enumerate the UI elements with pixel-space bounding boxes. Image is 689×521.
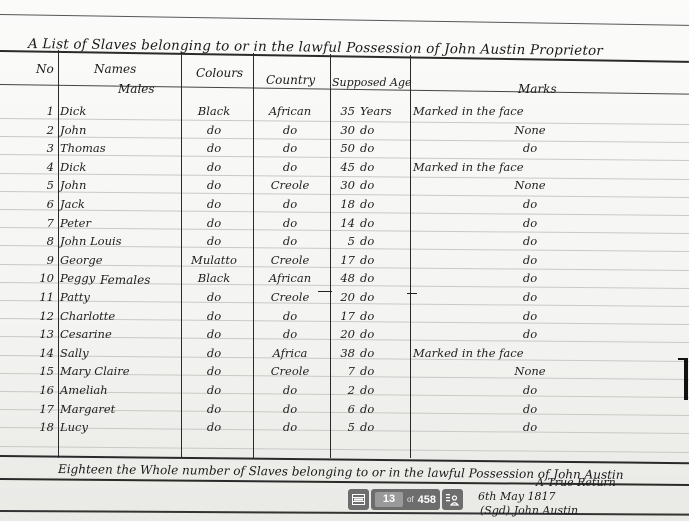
row-country: Africa [255,346,325,360]
row-age-unit: do [360,197,374,211]
row-age-unit: do [360,383,374,397]
table-row: 14SallydoAfrica38doMarked in the face [0,346,689,364]
row-colour: do [190,402,238,416]
row-number: 5 [34,178,54,192]
signature-name: (Sgd) John Austin [480,504,578,517]
row-name: John [60,123,86,137]
table-row: 1DickBlackAfrican35YearsMarked in the fa… [0,104,689,122]
row-age: 5 [333,420,355,434]
row-colour: do [190,234,238,248]
header-names: Names [94,62,136,76]
row-age-unit: do [360,123,374,137]
filmstrip-button[interactable] [348,489,369,510]
row-number: 11 [34,290,54,304]
row-marks: do [500,383,560,397]
row-age: 14 [333,216,355,230]
row-colour: do [190,216,238,230]
row-marks: do [500,327,560,341]
row-marks: None [500,364,560,378]
row-name: Sally [60,346,89,360]
filmstrip-icon [352,494,365,505]
row-age-unit: do [360,141,374,155]
row-marks: Marked in the face [413,104,524,118]
row-age-unit: do [360,216,374,230]
page-navigation-toolbar: 13 of 458 [348,489,463,510]
table-row: 3Thomasdodo50dodo [0,141,689,159]
row-country: do [255,160,325,174]
person-list-icon [446,493,459,506]
row-name: Margaret [60,402,115,416]
margin-tick [318,291,332,292]
row-marks: do [500,197,560,211]
row-name: Jack [60,197,85,211]
header-no: No [36,62,54,76]
row-colour: do [190,364,238,378]
row-colour: Black [190,104,238,118]
row-number: 7 [34,216,54,230]
header-country: Country [266,73,315,87]
row-colour: do [190,197,238,211]
row-number: 14 [34,346,54,360]
row-marks: Marked in the face [413,160,524,174]
row-marks: do [500,420,560,434]
page-indicator: 13 of 458 [371,489,440,510]
row-age: 5 [333,234,355,248]
edge-bracket [684,358,688,400]
row-name: Cesarine [60,327,112,341]
row-name: Dick [60,160,86,174]
row-name: George [60,253,103,267]
row-age-unit: do [360,327,374,341]
row-country: do [255,197,325,211]
row-marks: do [500,141,560,155]
row-age-unit: do [360,364,374,378]
row-name: Lucy [60,420,88,434]
table-row: 17Margaretdodo6dodo [0,402,689,420]
row-age: 35 [333,104,355,118]
row-name: Peggy [60,271,95,285]
row-name: Dick [60,104,86,118]
row-colour: do [190,123,238,137]
row-country: do [255,234,325,248]
document-page: A List of Slaves belonging to or in the … [0,0,689,521]
row-colour: do [190,420,238,434]
row-country: do [255,420,325,434]
row-marks: None [500,178,560,192]
row-age-unit: do [360,402,374,416]
row-colour: Black [190,271,238,285]
row-marks: Marked in the face [413,346,524,360]
record-info-button[interactable] [442,489,463,510]
table-row: 11PattydoCreole20dodo [0,290,689,308]
header-age: Supposed Age [332,76,412,89]
row-age: 18 [333,197,355,211]
row-name: Charlotte [60,309,115,323]
row-age: 45 [333,160,355,174]
table-row: 13Cesarinedodo20dodo [0,327,689,345]
row-number: 4 [34,160,54,174]
row-country: do [255,383,325,397]
row-country: Creole [255,178,325,192]
row-name: Thomas [60,141,106,155]
row-colour: do [190,327,238,341]
row-number: 18 [34,420,54,434]
table-row: 16Ameliahdodo2dodo [0,383,689,401]
row-age-unit: do [360,160,374,174]
row-marks: do [500,309,560,323]
row-number: 10 [34,271,54,285]
page-of-label: of [407,495,414,504]
row-age: 20 [333,327,355,341]
row-marks: do [500,402,560,416]
row-colour: do [190,141,238,155]
table-row: 12Charlottedodo17dodo [0,309,689,327]
row-number: 12 [34,309,54,323]
row-age-unit: do [360,253,374,267]
margin-tick [407,293,417,294]
signature-date: 6th May 1817 [478,490,556,503]
row-name: John [60,178,86,192]
section-males-label: Males [118,82,155,96]
row-age: 48 [333,271,355,285]
row-colour: do [190,178,238,192]
row-age: 17 [333,253,355,267]
table-row: 8John Louisdodo5dodo [0,234,689,252]
row-number: 1 [34,104,54,118]
section-females-label: Females [100,273,150,287]
table-row: 2Johndodo30doNone [0,123,689,141]
row-number: 6 [34,197,54,211]
row-age: 2 [333,383,355,397]
row-marks: do [500,216,560,230]
row-marks: None [500,123,560,137]
page-number-input[interactable]: 13 [375,492,403,507]
row-age: 50 [333,141,355,155]
page-total: 458 [418,494,436,506]
row-number: 13 [34,327,54,341]
header-marks: Marks [518,82,557,96]
row-colour: do [190,309,238,323]
row-age-unit: do [360,309,374,323]
row-age-unit: do [360,178,374,192]
table-row: 18Lucydodo5dodo [0,420,689,438]
row-age: 30 [333,178,355,192]
row-marks: do [500,253,560,267]
table-row: 15Mary ClairedoCreole7doNone [0,364,689,382]
row-country: do [255,123,325,137]
row-number: 15 [34,364,54,378]
header-colours: Colours [196,66,243,80]
table-row: 6Jackdodo18dodo [0,197,689,215]
table-row: 5JohndoCreole30doNone [0,178,689,196]
row-number: 3 [34,141,54,155]
row-number: 2 [34,123,54,137]
row-country: Creole [255,253,325,267]
row-colour: do [190,346,238,360]
row-number: 8 [34,234,54,248]
row-name: Mary Claire [60,364,130,378]
signature-return: A True Return [536,476,616,489]
row-age-unit: Years [360,104,392,118]
row-country: do [255,327,325,341]
row-marks: do [500,290,560,304]
row-marks: do [500,234,560,248]
row-age: 17 [333,309,355,323]
ruled-line [0,446,689,453]
top-rule [0,14,689,26]
row-age: 20 [333,290,355,304]
row-age: 38 [333,346,355,360]
row-colour: do [190,383,238,397]
table-row: 4Dickdodo45doMarked in the face [0,160,689,178]
row-age: 7 [333,364,355,378]
row-country: African [255,271,325,285]
table-row: 7Peterdodo14dodo [0,216,689,234]
row-country: do [255,309,325,323]
row-marks: do [500,271,560,285]
row-country: African [255,104,325,118]
row-number: 17 [34,402,54,416]
row-country: Creole [255,290,325,304]
row-name: Patty [60,290,90,304]
row-age-unit: do [360,271,374,285]
row-name: Ameliah [60,383,108,397]
row-number: 16 [34,383,54,397]
row-country: do [255,216,325,230]
row-age-unit: do [360,346,374,360]
row-country: do [255,402,325,416]
table-row: 9GeorgeMulattoCreole17dodo [0,253,689,271]
row-name: Peter [60,216,91,230]
row-country: do [255,141,325,155]
row-colour: Mulatto [190,253,238,267]
row-name: John Louis [60,234,122,248]
row-age: 30 [333,123,355,137]
row-age-unit: do [360,234,374,248]
row-age: 6 [333,402,355,416]
row-country: Creole [255,364,325,378]
row-colour: do [190,290,238,304]
bottom-rule [0,510,689,516]
row-colour: do [190,160,238,174]
row-age-unit: do [360,420,374,434]
row-age-unit: do [360,290,374,304]
row-number: 9 [34,253,54,267]
